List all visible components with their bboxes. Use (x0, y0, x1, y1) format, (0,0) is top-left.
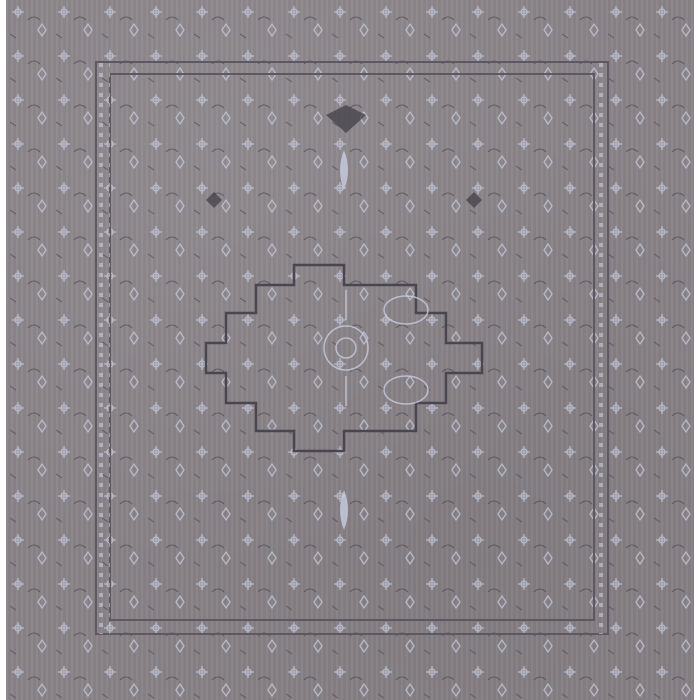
rug-pattern (6, 0, 694, 700)
rug-photo (6, 0, 694, 700)
